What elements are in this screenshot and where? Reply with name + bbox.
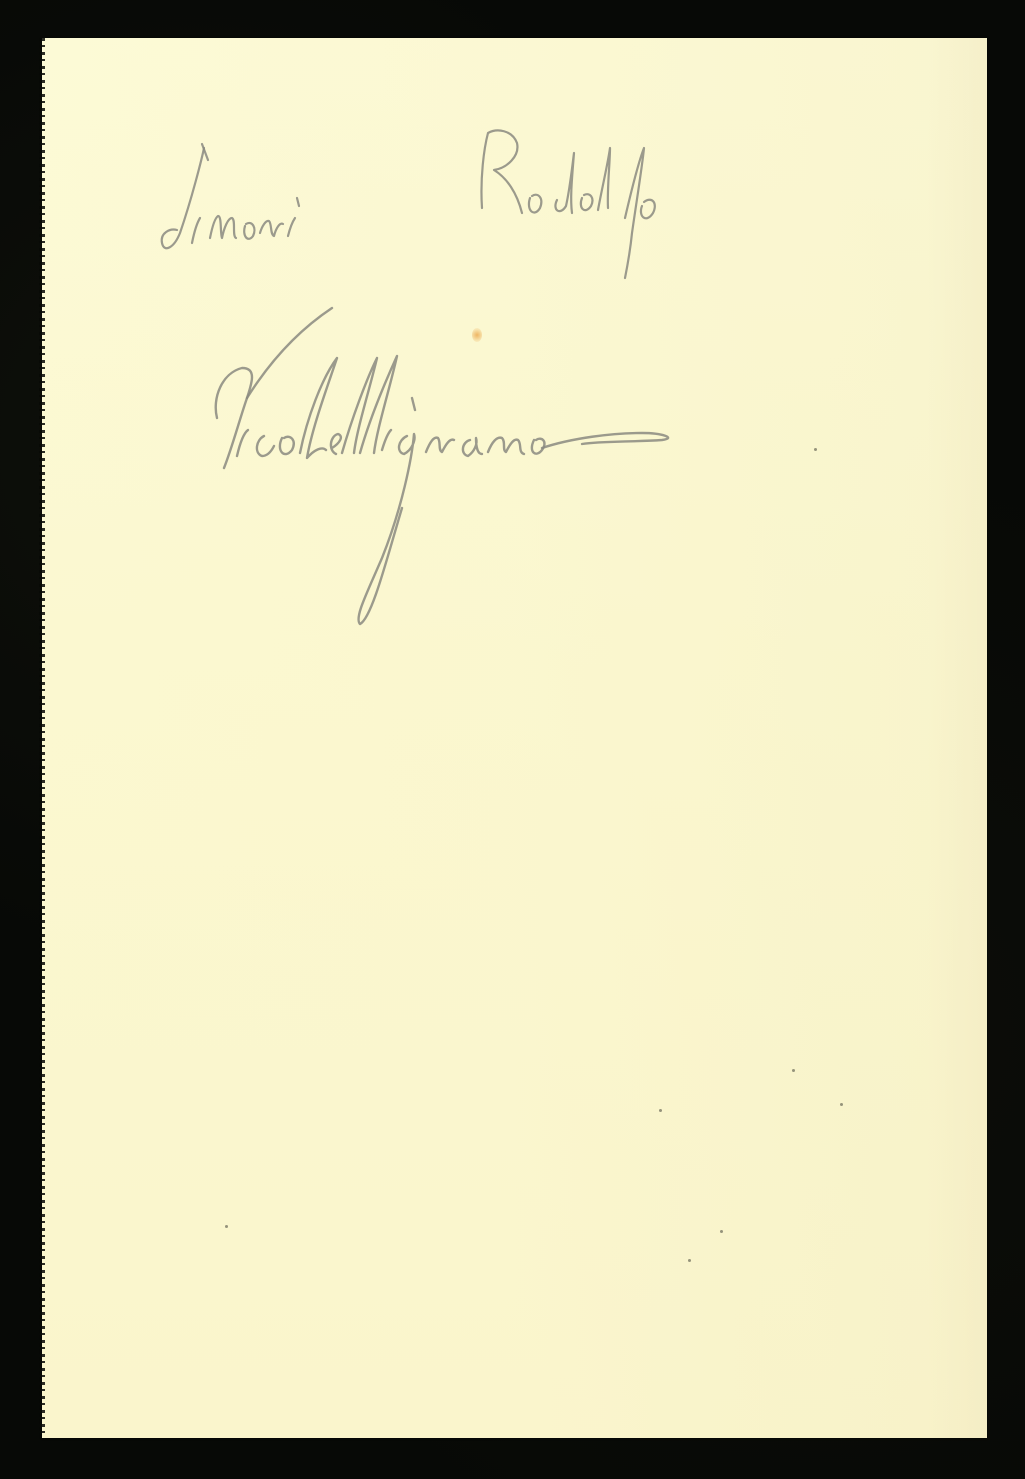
scan-background: Simoni Rodolfo Vicobellignano	[0, 0, 1025, 1479]
paper-speck	[792, 1069, 795, 1072]
paper-speck	[688, 1259, 691, 1262]
paper-speck	[840, 1103, 843, 1106]
stain-spot	[472, 328, 482, 342]
paper-speck	[720, 1230, 723, 1233]
handwriting-line-name	[162, 130, 655, 278]
paper-speck	[659, 1109, 662, 1112]
paper-speck	[225, 1225, 228, 1228]
handwriting-line-place	[216, 308, 668, 624]
paper-speck	[814, 448, 817, 451]
handwriting	[42, 38, 987, 1438]
paper-card: Simoni Rodolfo Vicobellignano	[42, 38, 987, 1438]
